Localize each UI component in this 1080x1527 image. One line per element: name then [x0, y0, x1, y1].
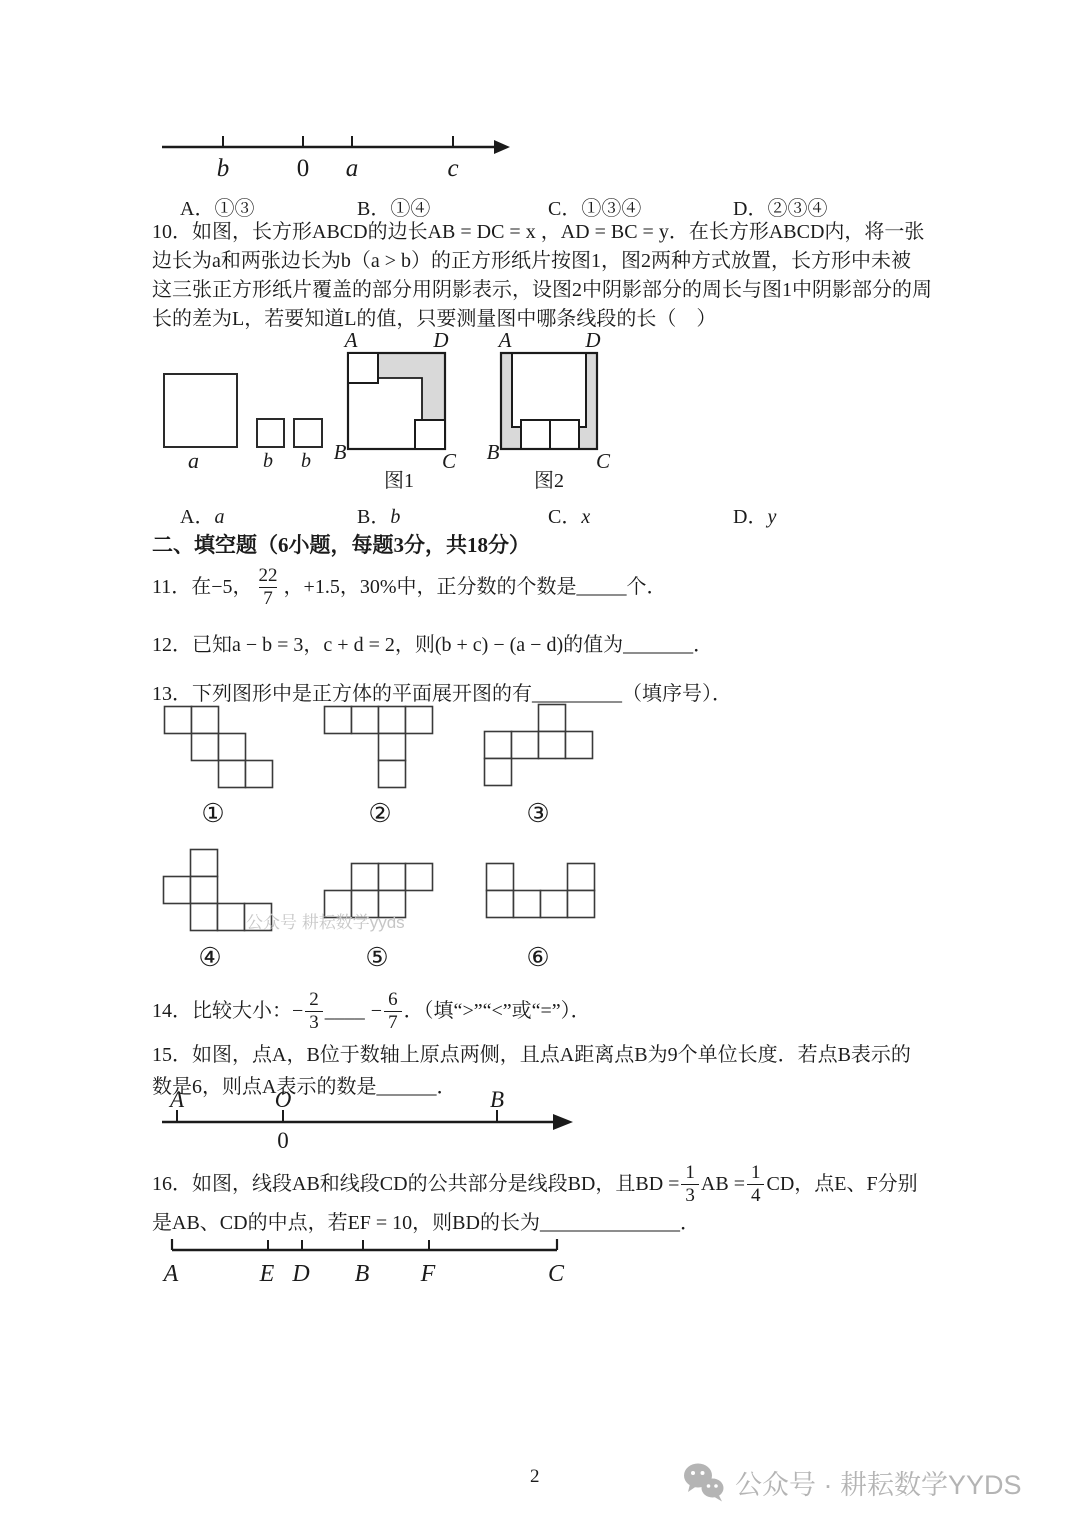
q9-option-a: A．①③ [180, 192, 254, 221]
net-4-label: ④ [190, 943, 230, 973]
q10-option-d: D．y [733, 500, 776, 529]
fig2-caption: 图2 [534, 469, 564, 492]
nl2-label-B: B [490, 1087, 504, 1112]
seg-label-E: E [259, 1261, 275, 1287]
q10-figure-1: A D B C 图1 [337, 330, 457, 495]
q16-line-1: 16．如图，线段AB和线段CD的公共部分是线段BD，且BD = 13 AB = … [152, 1156, 918, 1212]
fig2-square-b-left [521, 420, 550, 449]
q11-blank: _____ [577, 574, 627, 600]
fig2-label-A: A [497, 328, 512, 352]
q10-option-b: B．b [357, 500, 400, 529]
square-a [163, 373, 238, 448]
q16-frac2-den: 4 [747, 1184, 765, 1206]
watermark-middle: 公众号 耕耘数学yyds [246, 908, 405, 933]
q11-frac-num: 22 [255, 565, 282, 586]
q11-fraction: 227 [255, 565, 282, 609]
q14-frac2-num: 6 [384, 989, 402, 1010]
seg-label-B: B [355, 1261, 370, 1287]
exam-page: b 0 a c A．①③ B．①④ C．①③④ D．②③④ 10．如图，长方形A… [0, 0, 1080, 1527]
q16-fraction-1: 13 [681, 1162, 699, 1206]
square-a-label: a [188, 448, 199, 474]
fig2-label-D: D [584, 328, 600, 352]
fig1-label-A: A [343, 328, 358, 352]
q16-frac1-den: 3 [681, 1184, 699, 1206]
square-b2-label: b [301, 450, 311, 473]
q10-option-a-prefix: A． [180, 506, 214, 528]
fig2-square-a [512, 353, 586, 427]
q14-blank: ____ [325, 998, 365, 1024]
wechat-icon [683, 1462, 725, 1502]
q14-fraction-2: 67 [384, 989, 402, 1033]
square-b2 [293, 418, 323, 448]
q10-line-1: 10．如图，长方形ABCD的边长AB = DC = x ，AD = BC = y… [152, 219, 924, 245]
q14-minus-1: − [292, 998, 303, 1024]
seg-label-C: C [548, 1261, 565, 1287]
q14-frac2-den: 7 [384, 1011, 402, 1033]
q9-number-line: b 0 a c [158, 128, 518, 186]
q11-text-1: 11．在−5， [152, 574, 253, 600]
q9-option-b: B．①④ [357, 192, 430, 221]
q11-frac-den: 7 [259, 587, 277, 609]
q11-text-2: ，+1.5，30%中，正分数的个数是 [284, 574, 577, 600]
fig1-label-D: D [432, 328, 448, 352]
square-b1-label: b [263, 450, 273, 473]
q16-text-1c: CD，点E、F分别 [766, 1171, 917, 1197]
page-number: 2 [530, 1466, 540, 1488]
fig1-square-b-topleft [348, 353, 378, 383]
q16-segment-diagram: A E D B F C [158, 1233, 578, 1291]
fig1-shaded-region [378, 353, 445, 420]
seg-label-F: F [420, 1261, 436, 1287]
q9-option-c: C．①③④ [548, 192, 641, 221]
q10-option-c-prefix: C． [548, 506, 581, 528]
net-3-label: ③ [518, 799, 558, 829]
fig1-label-B: B [334, 440, 347, 464]
q10-option-b-value: b [390, 506, 400, 528]
q16-text-1b: AB = [701, 1171, 745, 1197]
q10-line-2: 边长为a和两张边长为b（a > b）的正方形纸片按图1，图2两种方式放置，长方形… [152, 248, 911, 274]
arrow-right-icon [553, 1114, 573, 1130]
q10-option-c-value: x [581, 506, 590, 528]
fig1-caption: 图1 [384, 469, 414, 492]
q10-option-d-value: y [767, 506, 776, 528]
q16-frac1-num: 1 [681, 1162, 699, 1183]
fig1-square-b-bottomright [415, 420, 445, 449]
q15-line-1: 15．如图，点A，B位于数轴上原点两侧，且点A距离点B为9个单位长度．若点B表示… [152, 1042, 911, 1068]
cube-net-3 [483, 703, 594, 787]
q10-option-c: C．x [548, 500, 590, 529]
nl2-label-0: 0 [277, 1128, 289, 1153]
q13-line: 13．下列图形中是正方体的平面展开图的有_________（填序号）． [152, 681, 732, 707]
q14-text-2: ．（填“>”“<”或“=”）． [404, 998, 591, 1024]
cube-net-1 [163, 705, 274, 789]
q14-text-1: 14．比较大小： [152, 998, 292, 1024]
nl1-label-c: c [447, 155, 458, 182]
fig2-square-b-right [550, 420, 579, 449]
q16-fraction-2: 14 [747, 1162, 765, 1206]
watermark-bottom: 公众号 · 耕耘数学YYDS [683, 1462, 1022, 1502]
q14-frac1-den: 3 [305, 1011, 323, 1033]
q10-figure-2: A D B C 图2 [490, 330, 610, 495]
fig2-label-C: C [596, 449, 611, 473]
section-2-header: 二、填空题（6小题，每题3分，共18分） [152, 529, 530, 559]
q10-line-3: 这三张正方形纸片覆盖的部分用阴影表示，设图2中阴影部分的周长与图1中阴影部分的周 [152, 277, 932, 303]
cube-net-6 [485, 862, 596, 919]
q14-frac1-num: 2 [305, 989, 323, 1010]
arrow-right-icon [494, 140, 510, 154]
seg-label-D: D [291, 1261, 309, 1287]
q16-text-1a: 16．如图，线段AB和线段CD的公共部分是线段BD，且BD = [152, 1171, 679, 1197]
cube-net-2 [323, 705, 434, 789]
square-b1 [256, 418, 285, 448]
q10-option-a: A．a [180, 500, 224, 529]
q15-number-line: A O B 0 [155, 1093, 585, 1155]
q14-minus-2: − [371, 998, 382, 1024]
q11-line: 11．在−5， 227 ，+1.5，30%中，正分数的个数是 _____ 个． [152, 560, 667, 614]
nl2-label-O: O [275, 1087, 292, 1112]
q10-option-b-prefix: B． [357, 506, 390, 528]
net-5-label: ⑤ [357, 943, 397, 973]
q9-option-d: D．②③④ [733, 192, 827, 221]
net-2-label: ② [360, 799, 400, 829]
seg-label-A: A [162, 1261, 179, 1287]
q12-line: 12．已知a − b = 3，c + d = 2，则(b + c) − (a −… [152, 632, 713, 658]
nl1-label-a: a [346, 155, 359, 182]
q14-line: 14．比较大小： − 23 ____ − 67 ．（填“>”“<”或“=”）． [152, 984, 591, 1038]
fig2-label-B: B [487, 440, 500, 464]
q10-option-d-prefix: D． [733, 506, 767, 528]
watermark-bottom-text: 公众号 · 耕耘数学YYDS [735, 1463, 1022, 1502]
nl1-label-b: b [217, 155, 230, 182]
q14-fraction-1: 23 [305, 989, 323, 1033]
fig1-label-C: C [442, 449, 457, 473]
nl2-label-A: A [168, 1087, 185, 1112]
q16-frac2-num: 1 [747, 1162, 765, 1183]
q11-text-3: 个． [627, 574, 667, 600]
net-1-label: ① [193, 799, 233, 829]
nl1-label-0: 0 [297, 155, 310, 182]
q10-option-a-value: a [214, 506, 224, 528]
net-6-label: ⑥ [518, 943, 558, 973]
